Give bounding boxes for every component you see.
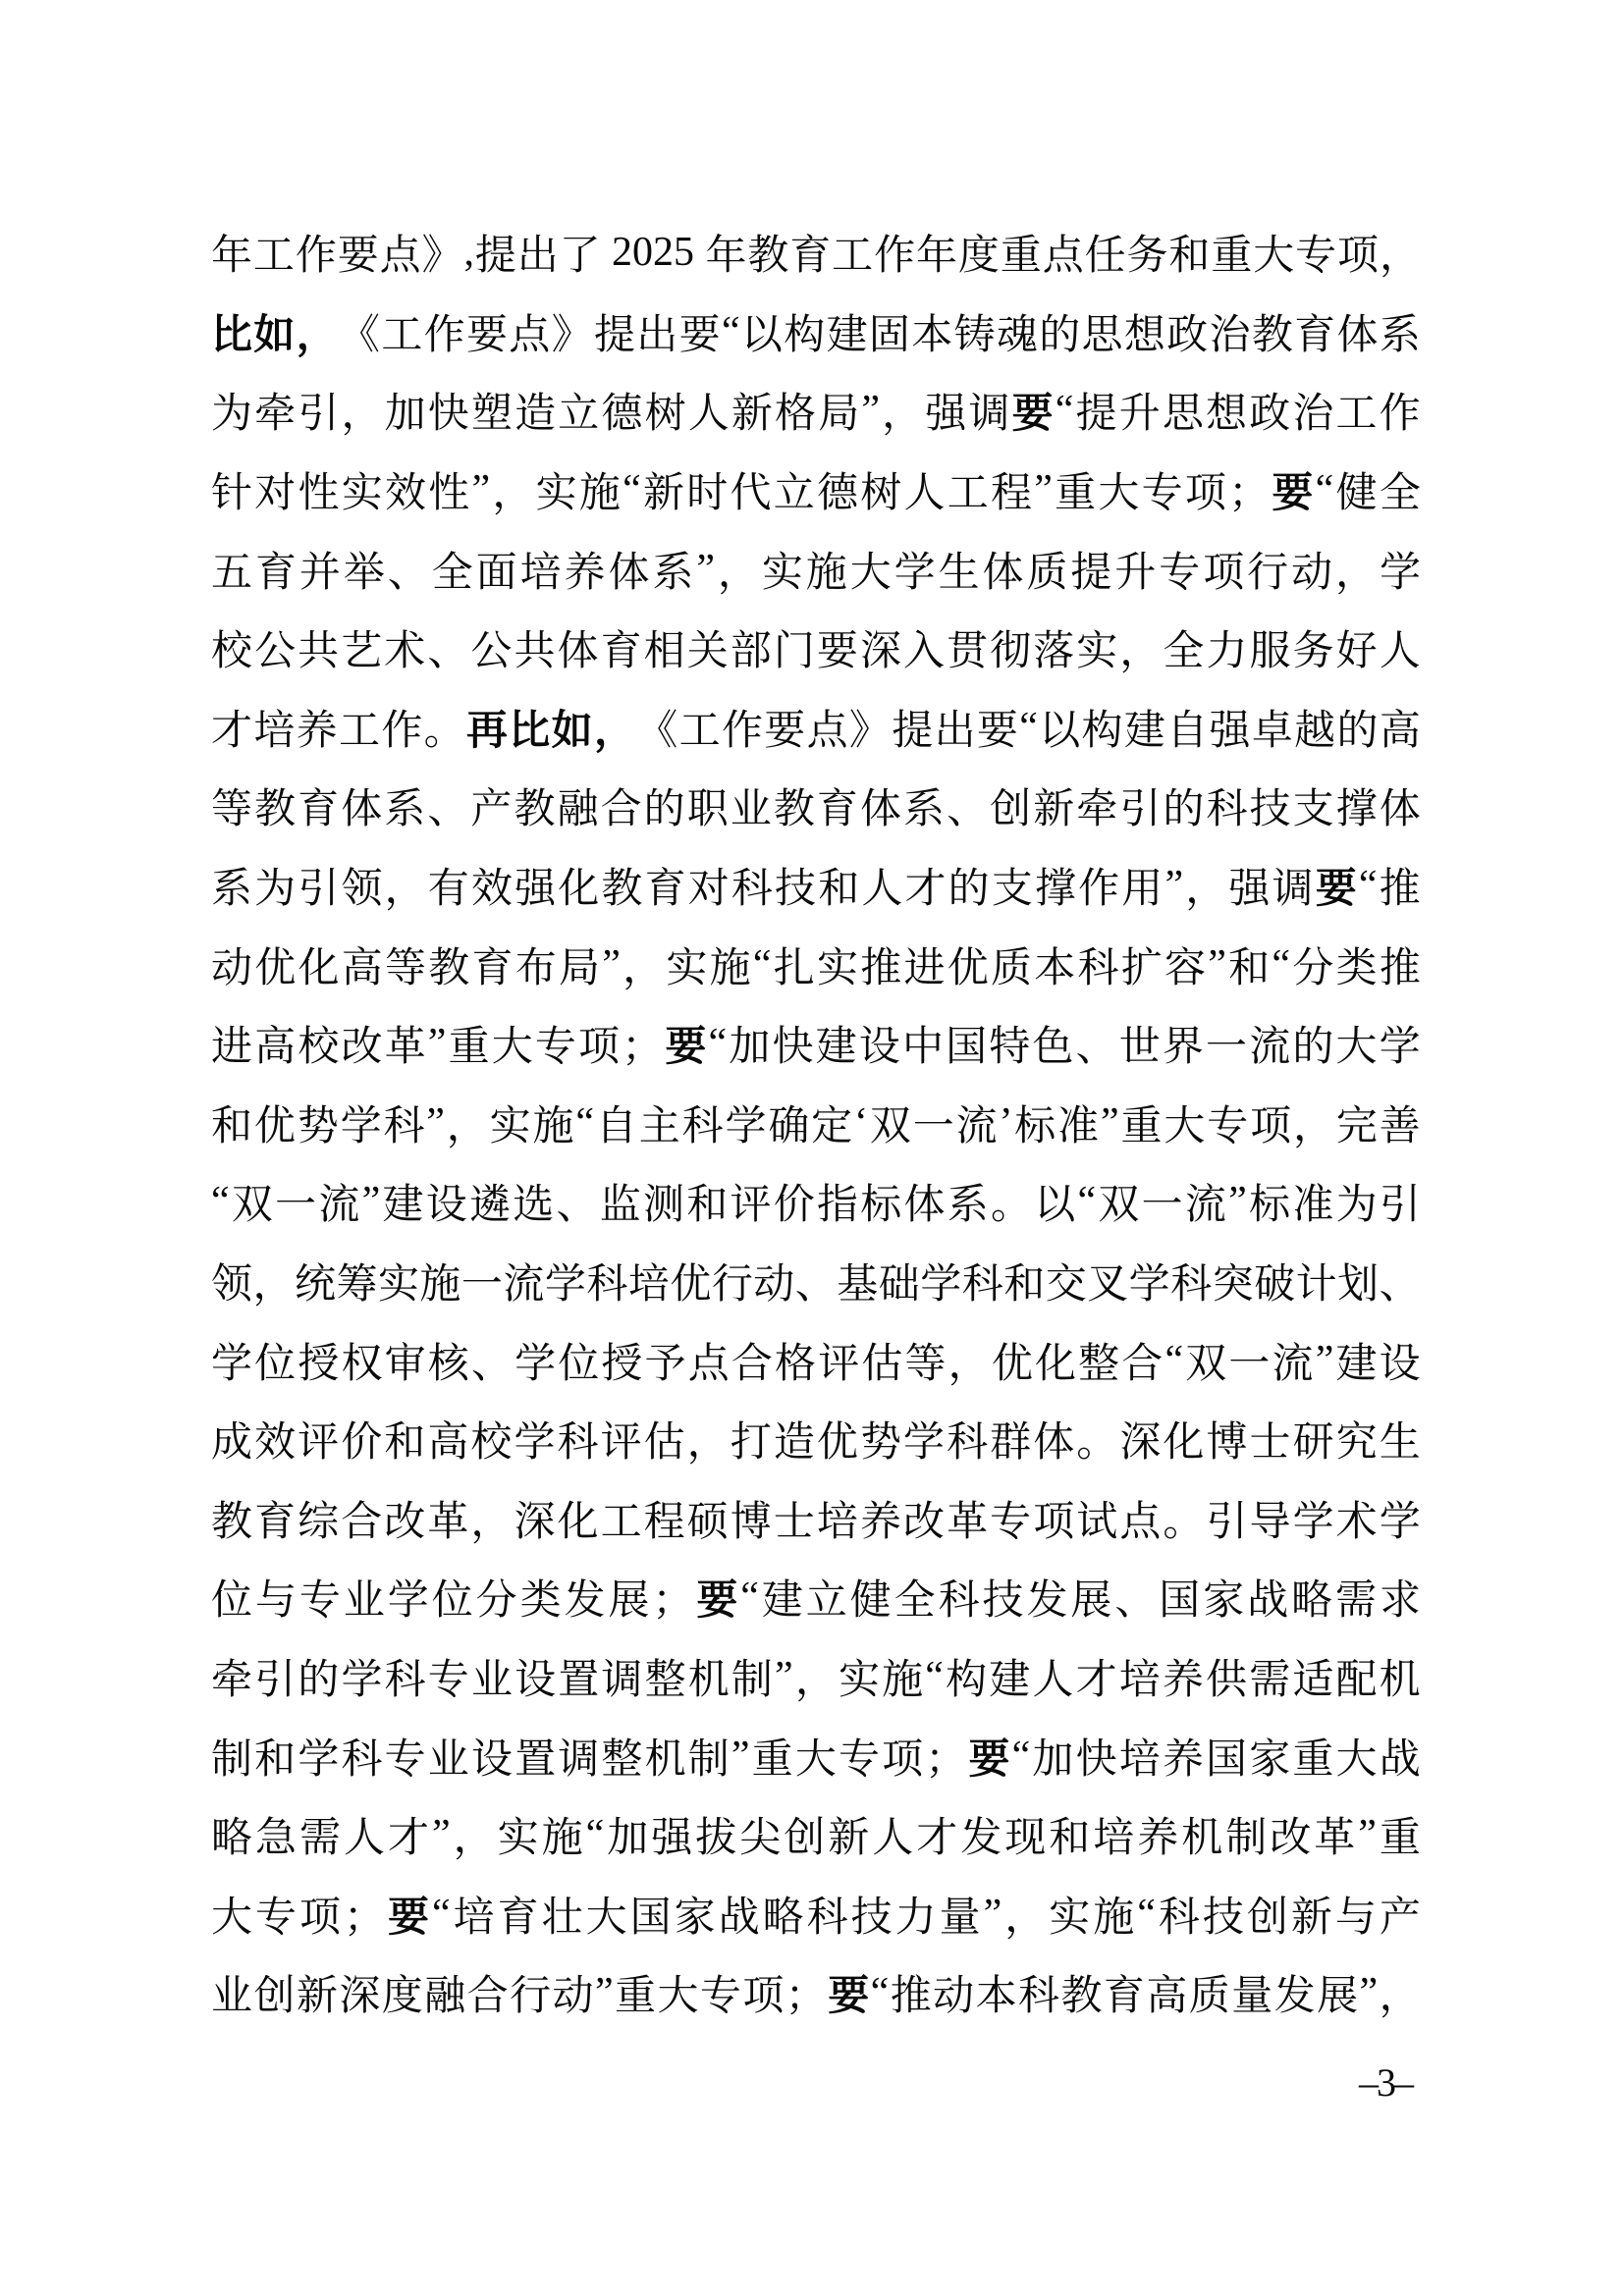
- page-number: –3–: [1359, 2059, 1412, 2106]
- text-line: 学位授权审核、学位授予点合格评估等，优化整合“双一流”建设: [211, 1320, 1421, 1400]
- text-line: 针对性实效性”，实施“新时代立德树人工程”重大专项；要“健全: [211, 451, 1421, 530]
- text-line: 为牵引，加快塑造立德树人新格局”，强调要“提升思想政治工作: [211, 371, 1421, 451]
- text-line: 位与专业学位分类发展；要“建立健全科技发展、国家战略需求: [211, 1558, 1421, 1637]
- text-line: 进高校改革”重大专项；要“加快建设中国特色、世界一流的大学: [211, 1004, 1421, 1084]
- text-line: 略急需人才”，实施“加强拔尖创新人才发现和培养机制改革”重: [211, 1795, 1421, 1875]
- text-line: 动优化高等教育布局”，实施“扎实推进优质本科扩容”和“分类推: [211, 925, 1421, 1004]
- text-line: 制和学科专业设置调整机制”重大专项；要“加快培养国家重大战: [211, 1716, 1421, 1795]
- text-line: 系为引领，有效强化教育对科技和人才的支撑作用”，强调要“推: [211, 846, 1421, 926]
- text-line: 教育综合改革，深化工程硕博士培养改革专项试点。引导学术学: [211, 1479, 1421, 1559]
- text-line: 五育并举、全面培养体系”，实施大学生体质提升专项行动，学: [211, 529, 1421, 609]
- document-body: 年工作要点》,提出了 2025 年教育工作年度重点任务和重大专项，比如，《工作要…: [211, 213, 1421, 2033]
- document-page: 年工作要点》,提出了 2025 年教育工作年度重点任务和重大专项，比如，《工作要…: [0, 0, 1624, 2296]
- text-line: 校公共艺术、公共体育相关部门要深入贯彻落实，全力服务好人: [211, 609, 1421, 688]
- text-line: “双一流”建设遴选、监测和评价指标体系。以“双一流”标准为引: [211, 1162, 1421, 1242]
- text-line: 成效评价和高校学科评估，打造优势学科群体。深化博士研究生: [211, 1400, 1421, 1479]
- text-line: 领，统筹实施一流学科培优行动、基础学科和交叉学科突破计划、: [211, 1242, 1421, 1321]
- text-line: 牵引的学科专业设置调整机制”，实施“构建人才培养供需适配机: [211, 1637, 1421, 1717]
- text-line: 大专项；要“培育壮大国家战略科技力量”，实施“科技创新与产: [211, 1874, 1421, 1953]
- text-line: 年工作要点》,提出了 2025 年教育工作年度重点任务和重大专项，: [211, 213, 1421, 293]
- text-line: 才培养工作。再比如，《工作要点》提出要“以构建自强卓越的高: [211, 688, 1421, 768]
- text-line: 业创新深度融合行动”重大专项；要“推动本科教育高质量发展”，: [211, 1953, 1421, 2033]
- text-line: 和优势学科”，实施“自主科学确定‘双一流’标准”重大专项，完善: [211, 1084, 1421, 1163]
- text-line: 等教育体系、产教融合的职业教育体系、创新牵引的科技支撑体: [211, 767, 1421, 846]
- text-line: 比如，《工作要点》提出要“以构建固本铸魂的思想政治教育体系: [211, 293, 1421, 372]
